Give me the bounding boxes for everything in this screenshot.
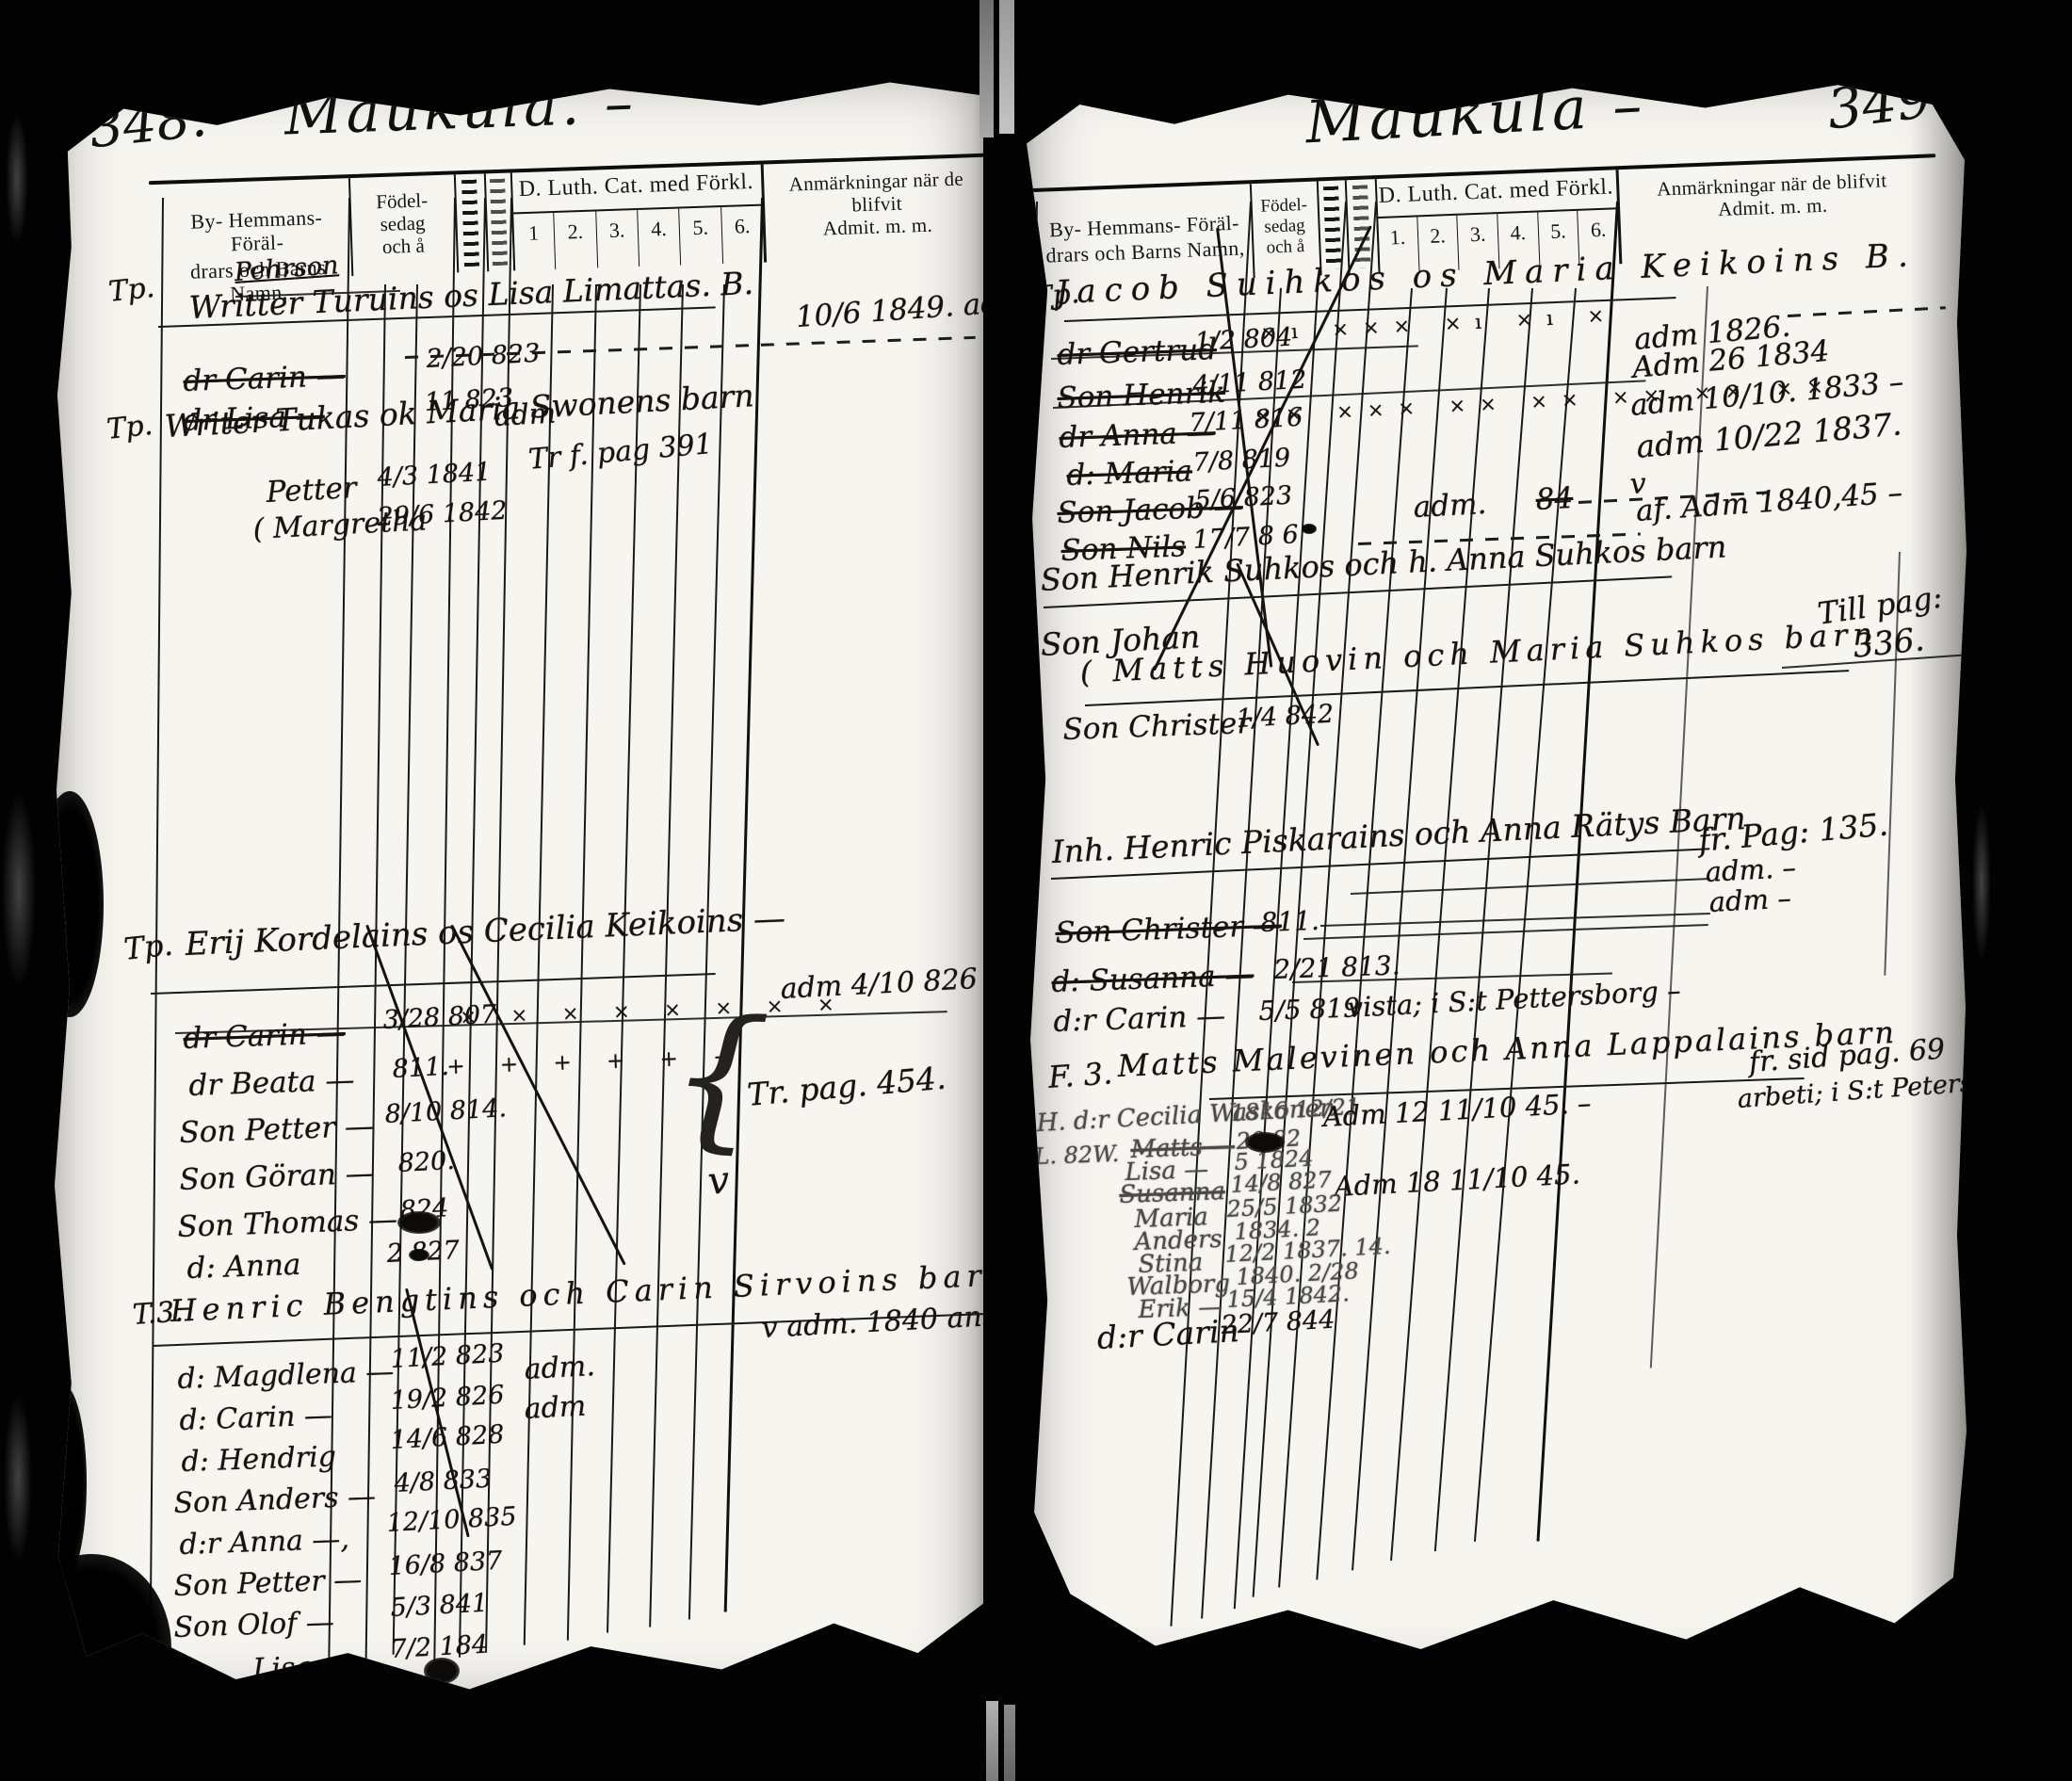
- ink-blot: [40, 1384, 87, 1582]
- names-header-line1: By- Hemmans- Föräl-: [163, 202, 351, 258]
- handwritten-text: 5/5 819: [1258, 995, 1360, 1025]
- handwritten-text: 811.: [392, 1054, 449, 1082]
- rule-line: [1320, 913, 1710, 927]
- handwritten-text: Son Christer —: [1055, 912, 1282, 948]
- handwritten-text: Son Petter —: [173, 1566, 363, 1601]
- ink-blot: [397, 1211, 441, 1234]
- grade-column-label: 2.: [554, 212, 597, 269]
- handwritten-text: Tr. pag. 454.: [746, 1062, 947, 1110]
- handwritten-text: 84: [1535, 484, 1574, 515]
- handwritten-text: Adm 12 11/10 45. –: [1322, 1090, 1592, 1131]
- handwritten-text: F. 3.: [1047, 1058, 1113, 1093]
- handwritten-text: dr Beata —: [188, 1066, 355, 1101]
- handwritten-text: 14/6 828: [390, 1422, 505, 1453]
- handwritten-text: adm: [524, 1393, 587, 1424]
- birth-header-line3: och å: [1252, 235, 1319, 259]
- rule-line: [567, 284, 597, 1641]
- handwritten-text: d: Hendrig: [181, 1443, 336, 1477]
- ink-blot: [1302, 524, 1317, 534]
- handwritten-text: d: Maria: [1066, 457, 1193, 491]
- page-title-left: Maukula. –: [283, 74, 638, 143]
- ink-blot: [11, 1554, 171, 1742]
- rule-line: [1011, 202, 1038, 1661]
- handwritten-text: dr Gertrud: [1057, 335, 1218, 370]
- handwritten-text: d: Magdlena —: [177, 1358, 395, 1394]
- handwritten-text: Son Christer: [1062, 709, 1252, 745]
- handwritten-text: 17/7 8 6: [1192, 522, 1299, 553]
- handwritten-text: Susanna: [1119, 1179, 1225, 1207]
- grade-column-label: 3.: [595, 210, 639, 267]
- handwritten-text: Petter: [266, 474, 357, 508]
- handwritten-text: 19/2 826: [390, 1383, 505, 1414]
- left-page: 348. Maukula. – By- Hemmans- Föräl- drar…: [49, 66, 983, 1712]
- handwritten-text: adm.: [524, 1352, 596, 1384]
- handwritten-text: 4/11 812: [1192, 367, 1307, 398]
- handwritten-text: 4/8 833: [394, 1466, 493, 1497]
- handwritten-text: × × × × × × × ×: [460, 995, 849, 1028]
- handwritten-text: v: [706, 1161, 731, 1201]
- handwritten-text: Tp.: [122, 930, 174, 964]
- handwritten-text: Son Olof —: [173, 1609, 334, 1643]
- handwritten-text: Tr f. pag 391: [527, 430, 714, 475]
- rule-line: [1351, 878, 1710, 895]
- scanned-register-spread: 348. Maukula. – By- Hemmans- Föräl- drar…: [0, 0, 2072, 1781]
- handwritten-text: 4/3 1841: [377, 460, 492, 491]
- handwritten-text: 12/10 835: [386, 1504, 517, 1536]
- handwritten-text: d: Anna: [186, 1251, 301, 1284]
- handwritten-text: Son Göran —: [179, 1159, 375, 1195]
- rule-line: [151, 973, 716, 995]
- film-slit: [999, 0, 1014, 134]
- handwritten-text: 811.: [1260, 908, 1319, 936]
- col-catechism-header: D. Luth. Cat. med Förkl.: [1375, 174, 1617, 209]
- handwritten-text: dr Carin —: [183, 362, 346, 397]
- handwritten-text: 5/6 823: [1194, 483, 1293, 513]
- film-streak: [6, 113, 28, 245]
- handwritten-text: 5/3 841: [390, 1591, 489, 1621]
- handwritten-text: Inh. Henric Piskarains och Anna Rätys Ba…: [1051, 802, 1746, 867]
- handwritten-text: v adm. 1840 ann: [761, 1303, 1001, 1343]
- handwritten-text: Son Thomas —: [177, 1206, 398, 1242]
- handwritten-text: adm –: [1708, 884, 1791, 916]
- remarks-header-line1: Anmärkningar när de blifvit: [761, 167, 992, 219]
- handwritten-text: 1/4 842: [1236, 702, 1335, 732]
- grade-column-label: 1: [511, 213, 555, 270]
- page-number-left: 348.: [87, 92, 209, 157]
- rule-line: [649, 284, 684, 1627]
- film-streak: [4, 1394, 32, 1563]
- ink-blot: [41, 168, 70, 281]
- ink-blot: [1245, 1132, 1285, 1153]
- grade-column-label: 4.: [637, 209, 680, 267]
- right-page: Maukula – 349. By- Hemmans- Föräl- drars…: [1023, 62, 1970, 1692]
- handwritten-text: Lisa —: [252, 1652, 349, 1684]
- handwritten-text: Tp.: [107, 274, 156, 307]
- handwritten-text: 2/20 823: [426, 341, 541, 372]
- handwritten-text: 10/6 1849. adm: [795, 287, 1028, 332]
- handwritten-text: d:r Anna —,: [179, 1526, 349, 1560]
- handwritten-text: d: Carin —: [179, 1401, 332, 1435]
- film-slit: [986, 1701, 998, 1781]
- handwritten-text: Son Petter —: [179, 1112, 374, 1148]
- handwritten-text: dr Carin —: [183, 1019, 346, 1054]
- ink-blot: [424, 1658, 460, 1684]
- ink-blot: [409, 1249, 429, 1261]
- handwritten-text: 22/7 844: [1221, 1307, 1335, 1338]
- birth-header-line1: Födel-: [1250, 194, 1318, 218]
- film-streak: [2, 791, 36, 989]
- handwritten-text: 16/8 837: [388, 1548, 503, 1579]
- rule-line: [607, 284, 641, 1633]
- handwritten-text: Son Anders —: [173, 1483, 377, 1518]
- handwritten-text: Adm 18 11/10 45.: [1334, 1160, 1580, 1201]
- grade-column-label: 6.: [720, 206, 764, 264]
- handwritten-text: af. Adm 1840,45 –: [1635, 478, 1903, 526]
- handwritten-text: 7/8 819: [1192, 445, 1291, 476]
- rotated-label-column: [454, 179, 487, 267]
- handwritten-text: d: Susanna —: [1051, 961, 1255, 996]
- birth-header-line3: och å: [350, 234, 457, 260]
- col-birth-header: Födel- sedag och å: [348, 174, 457, 276]
- handwritten-text: 11/2 823: [390, 1341, 505, 1372]
- film-slit: [979, 0, 994, 138]
- handwritten-text: 8/10 814.: [384, 1095, 508, 1127]
- rule-line: [1352, 288, 1448, 1570]
- handwritten-text: d:r Carin —: [1053, 1002, 1226, 1037]
- rule-line: [524, 284, 554, 1645]
- handwritten-text: Pehrson: [234, 252, 339, 285]
- rule-line: [1390, 288, 1490, 1561]
- scan-edge-grain: [1910, 62, 1970, 1692]
- catechism-grade-columns: 12.3.4.5.6.: [511, 206, 764, 271]
- rule-line: [1474, 288, 1577, 1542]
- ink-blot: [36, 791, 104, 1017]
- handwritten-text: d:r Carin: [1096, 1315, 1240, 1353]
- birth-header-line2: sedag: [1251, 215, 1319, 238]
- col-remarks-header: Anmärkningar när de blifvit Admit. m. m.: [761, 157, 994, 263]
- grade-column-label: 5.: [678, 207, 721, 265]
- handwritten-text: Tp.: [105, 412, 154, 445]
- handwritten-text: 29/6 1842: [377, 498, 508, 530]
- handwritten-text: vista; i S:t Pettersborg –: [1347, 977, 1681, 1021]
- handwritten-text: Erij Kordelains os Cecilia Keikoins —: [185, 902, 786, 961]
- rule-line: [688, 284, 725, 1620]
- handwritten-text: 2/21 813.: [1273, 952, 1400, 983]
- film-slit: [1004, 1705, 1015, 1781]
- film-streak: [1972, 802, 1991, 963]
- handwritten-text: adm.: [1413, 490, 1487, 523]
- handwritten-text: 820.: [397, 1148, 455, 1176]
- page-title-right: Maukula –: [1304, 76, 1647, 153]
- col-catechism-header: D. Luth. Cat. med Förkl.: [510, 170, 762, 203]
- handwritten-text: L. 82W.: [1034, 1142, 1120, 1168]
